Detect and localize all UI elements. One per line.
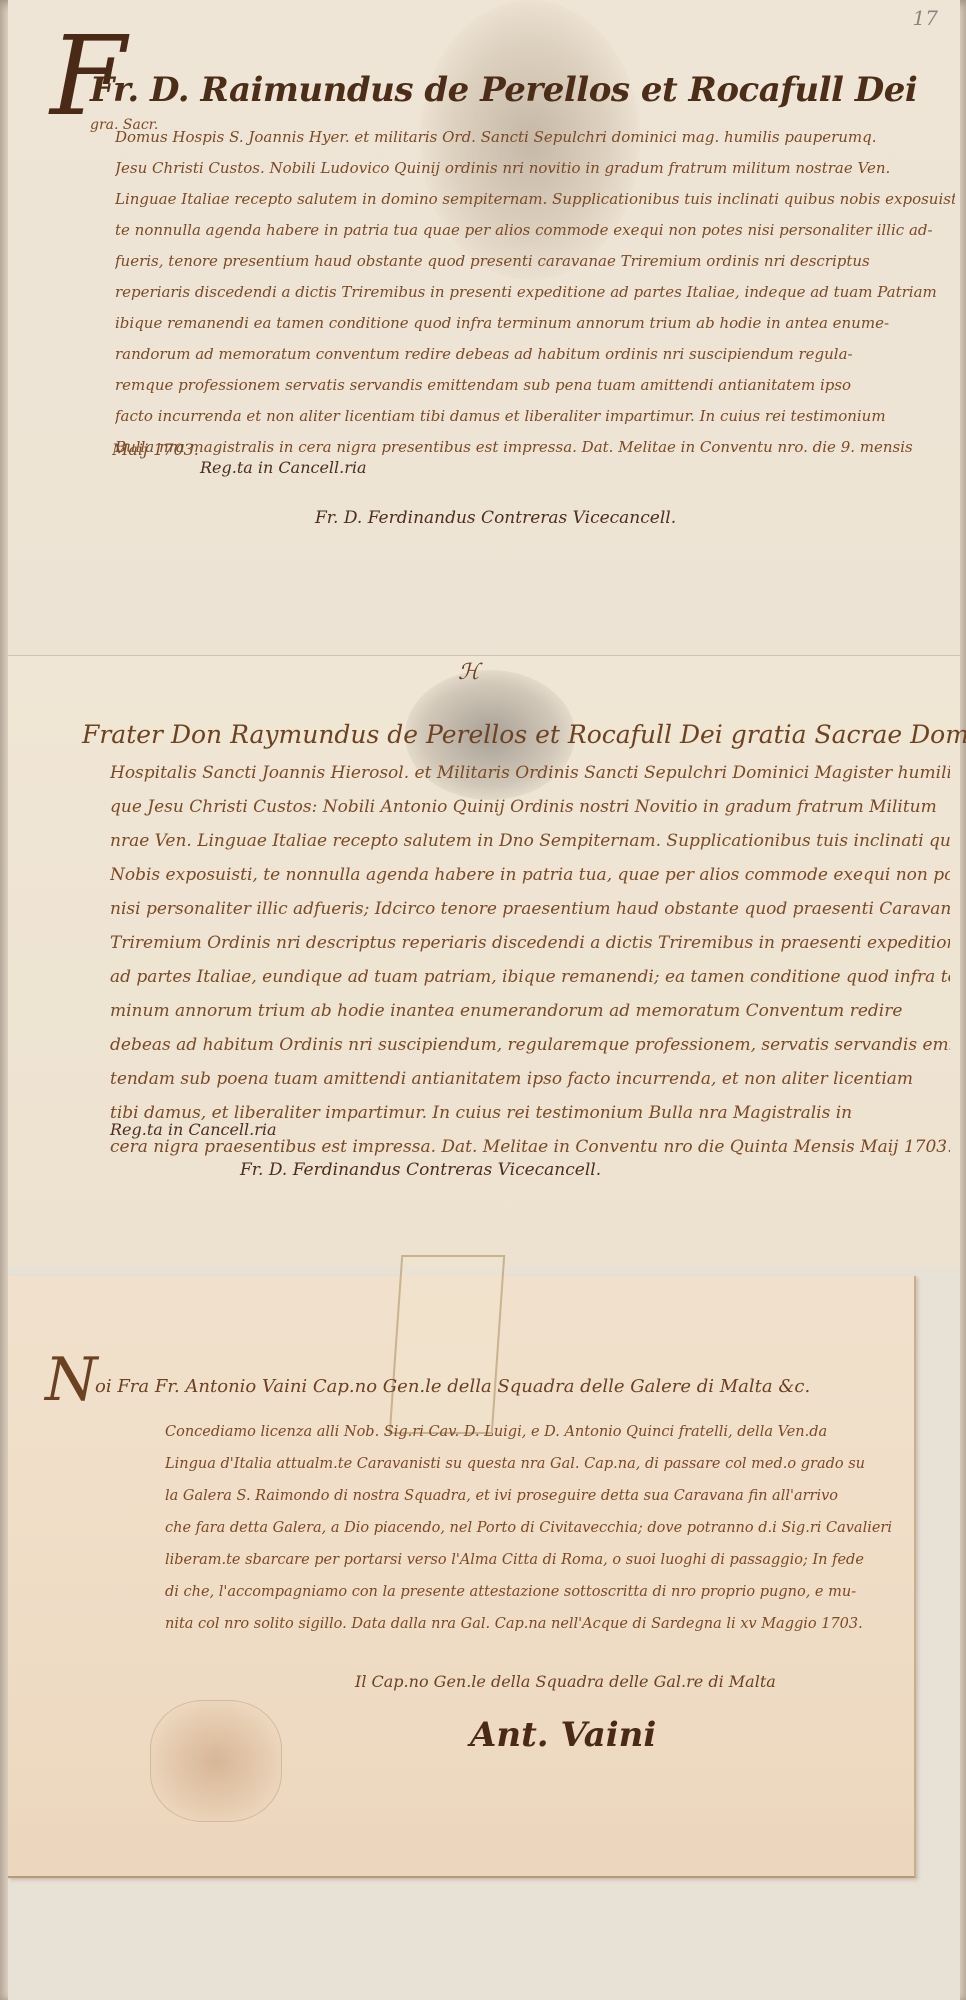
body-line: Linguae Italiae recepto salutem in domin…: [115, 184, 955, 215]
document-3-title: oi Fra Fr. Antonio Vaini Cap.no Gen.le d…: [95, 1376, 810, 1397]
separator-mark: ℋ: [458, 660, 480, 685]
registration-note: Reg.ta in Cancell.ria: [200, 458, 367, 477]
paper-seal: [150, 1700, 282, 1822]
body-line: que Jesu Christi Custos: Nobili Antonio …: [110, 790, 950, 824]
decorative-initial: N: [45, 1345, 98, 1415]
vice-chancellor-signature: Fr. D. Ferdinandus Contreras Vicecancell…: [315, 508, 676, 528]
body-line: fueris, tenore presentium haud obstante …: [115, 246, 955, 277]
document-1-title: Fr. D. Raimundus de Perellos et Rocafull…: [90, 70, 917, 110]
folio-number: 17: [913, 6, 938, 30]
body-line: Nobis exposuisti, te nonnulla agenda hab…: [110, 858, 950, 892]
document-3-body: Concediamo licenza alli Nob. Sig.ri Cav.…: [165, 1416, 905, 1640]
document-2-body: Hospitalis Sancti Joannis Hierosol. et M…: [110, 756, 950, 1164]
body-line: debeas ad habitum Ordinis nri suscipiend…: [110, 1028, 950, 1062]
body-line: reperiaris discedendi a dictis Triremibu…: [115, 277, 955, 308]
body-line: randorum ad memoratum conventum redire d…: [115, 339, 955, 370]
document-1-body: Domus Hospis S. Joannis Hyer. et militar…: [115, 122, 955, 463]
body-line: minum annorum trium ab hodie inantea enu…: [110, 994, 950, 1028]
body-line: che fara detta Galera, a Dio piacendo, n…: [165, 1512, 905, 1544]
body-line: Domus Hospis S. Joannis Hyer. et militar…: [115, 122, 955, 153]
document-2-title: Frater Don Raymundus de Perellos et Roca…: [82, 720, 966, 749]
body-line: te nonnulla agenda habere in patria tua …: [115, 215, 955, 246]
body-line: Jesu Christi Custos. Nobili Ludovico Qui…: [115, 153, 955, 184]
body-line: nita col nro solito sigillo. Data dalla …: [165, 1608, 905, 1640]
body-line: nisi personaliter illic adfueris; Idcirc…: [110, 892, 950, 926]
document-1-date: Maij 1703.: [112, 434, 199, 465]
body-line: liberam.te sbarcare per portarsi verso l…: [165, 1544, 905, 1576]
closing-line: Il Cap.no Gen.le della Squadra delle Gal…: [355, 1672, 776, 1691]
body-line: nrae Ven. Linguae Italiae recepto salute…: [110, 824, 950, 858]
registration-note: Reg.ta in Cancell.ria: [110, 1120, 277, 1139]
hinge-tape: [389, 1255, 506, 1434]
body-line: Triremium Ordinis nri descriptus reperia…: [110, 926, 950, 960]
body-line: tendam sub poena tuam amittendi antianit…: [110, 1062, 950, 1096]
body-line: Hospitalis Sancti Joannis Hierosol. et M…: [110, 756, 950, 790]
body-line: Lingua d'Italia attualm.te Caravanisti s…: [165, 1448, 905, 1480]
captain-general-signature: Ant. Vaini: [470, 1715, 656, 1755]
vice-chancellor-signature: Fr. D. Ferdinandus Contreras Vicecancell…: [240, 1160, 601, 1180]
body-line: di che, l'accompagniamo con la presente …: [165, 1576, 905, 1608]
body-line: facto incurrenda et non aliter licentiam…: [115, 401, 955, 432]
body-line: la Galera S. Raimondo di nostra Squadra,…: [165, 1480, 905, 1512]
body-line: Concediamo licenza alli Nob. Sig.ri Cav.…: [165, 1416, 905, 1448]
body-line: ad partes Italiae, eundique ad tuam patr…: [110, 960, 950, 994]
body-line: remque professionem servatis servandis e…: [115, 370, 955, 401]
body-line: ibique remanendi ea tamen conditione quo…: [115, 308, 955, 339]
